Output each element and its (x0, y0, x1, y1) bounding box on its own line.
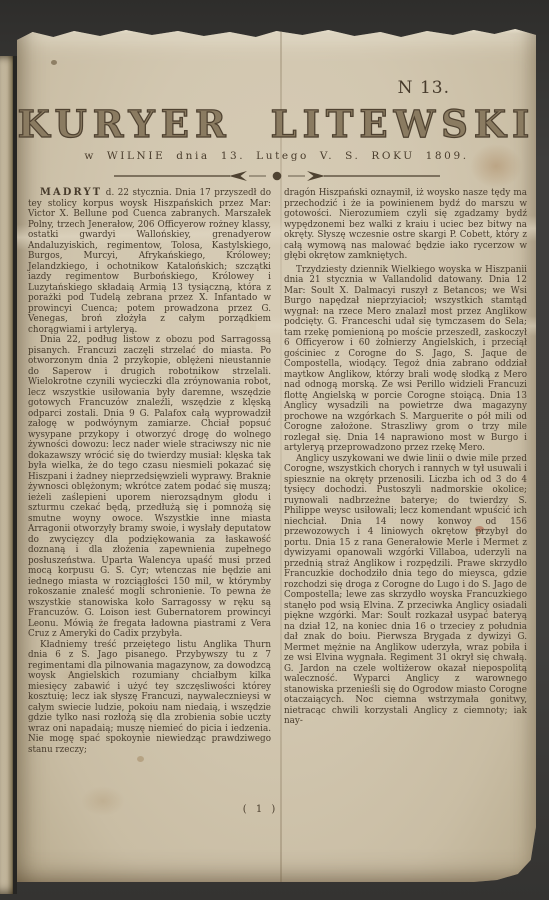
right-column: dragón Hiszpański oznaymił, iż woysko na… (284, 188, 527, 755)
article-paragraph: dragón Hiszpański oznaymił, iż woysko na… (284, 188, 527, 262)
photographed-newspaper-page: { "masthead": { "issue_number": "N 13.",… (0, 0, 549, 900)
paper-stain (51, 60, 57, 65)
issue-number: N 13. (398, 78, 450, 98)
left-column: MADRYT d. 22 stycznia. Dnia 17 przyszedł… (28, 188, 271, 755)
article-paragraph: MADRYT d. 22 stycznia. Dnia 17 przyszedł… (28, 188, 271, 335)
paragraph-text: d. 22 stycznia. Dnia 17 przyszedł do tey… (28, 188, 271, 335)
dateline-lead: MADRYT (40, 187, 102, 198)
article-paragraph: Trzydziesty dziennik Wielkiego woyska w … (284, 265, 527, 454)
newspaper-sheet: N 13. KURYER LITEWSKI w WILNIE dnia 13. … (17, 26, 536, 882)
article-paragraph: Kładniemy treść przeiętego listu Anglika… (28, 640, 271, 756)
masthead-title: KURYER LITEWSKI (17, 102, 536, 146)
paper-stain (137, 756, 144, 762)
masthead-dateline: w WILNIE dnia 13. Lutego V. S. ROKU 1809… (17, 150, 536, 162)
article-paragraph: Dnia 22, podług listow z obozu pod Sarra… (28, 335, 271, 640)
page-number: ( 1 ) (17, 804, 504, 815)
article-body: MADRYT d. 22 stycznia. Dnia 17 przyszedł… (28, 188, 528, 755)
divider-ornament-icon (17, 168, 536, 188)
article-paragraph: Anglicy uszykowani we dwie linii o dwie … (284, 454, 527, 727)
torn-edge-highlight (17, 26, 536, 34)
adjacent-page-edge (0, 56, 17, 894)
